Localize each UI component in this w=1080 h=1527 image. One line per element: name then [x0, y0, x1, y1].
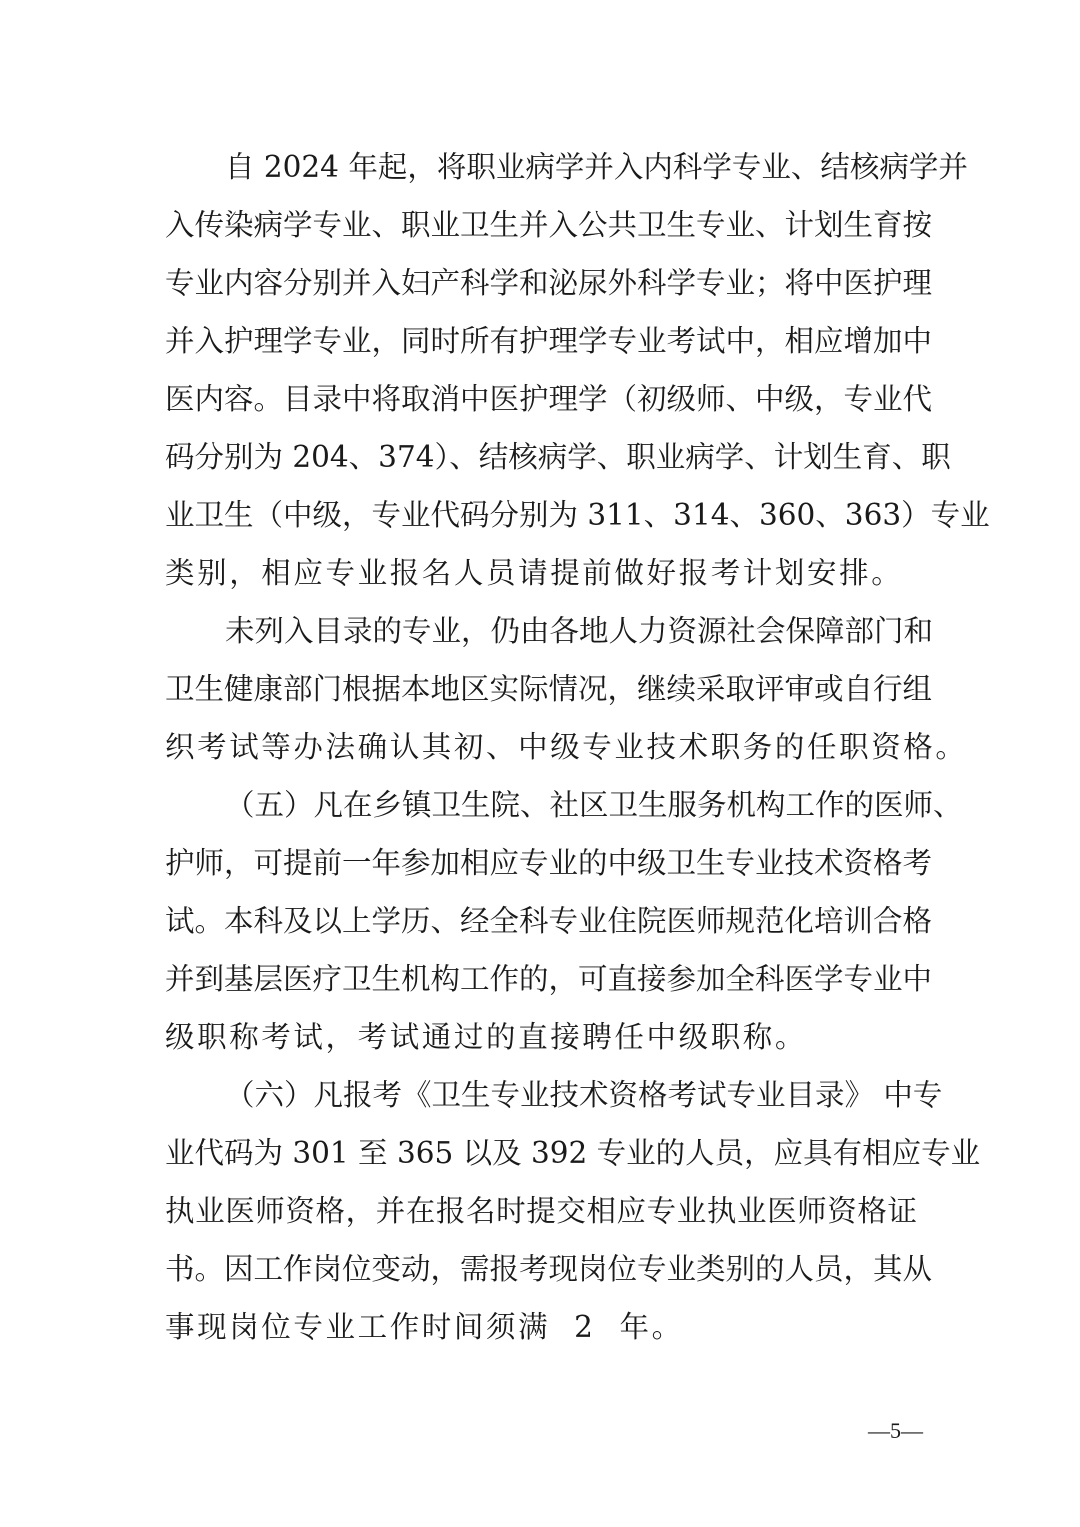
- text-line: 护师，可提前一年参加相应专业的中级卫生专业技术资格考: [165, 834, 917, 892]
- text-line: 并到基层医疗卫生机构工作的，可直接参加全科医学专业中: [165, 950, 917, 1008]
- text-line: 织考试等办法确认其初、中级专业技术职务的任职资格。: [165, 718, 917, 776]
- text-line: 试。本科及以上学历、经全科专业住院医师规范化培训合格: [165, 892, 917, 950]
- text-line: 级职称考试，考试通过的直接聘任中级职称。: [165, 1008, 917, 1066]
- paragraph-merge-specialties: 自 2024 年起，将职业病学并入内科学专业、结核病学并 入传染病学专业、职业卫…: [165, 138, 917, 602]
- paragraph-section-five: （五）凡在乡镇卫生院、社区卫生服务机构工作的医师、 护师，可提前一年参加相应专业…: [165, 776, 917, 1066]
- text-line: 业代码为 301 至 365 以及 392 专业的人员，应具有相应专业: [165, 1124, 917, 1182]
- text-line: 自 2024 年起，将职业病学并入内科学专业、结核病学并: [165, 138, 917, 196]
- text-line: 事现岗位专业工作时间须满 2 年。: [165, 1298, 917, 1356]
- text-line: （六）凡报考《卫生专业技术资格考试专业目录》 中专: [165, 1066, 917, 1124]
- text-line: 书。因工作岗位变动，需报考现岗位专业类别的人员，其从: [165, 1240, 917, 1298]
- text-line: 专业内容分别并入妇产科学和泌尿外科学专业；将中医护理: [165, 254, 917, 312]
- text-line: 类别，相应专业报名人员请提前做好报考计划安排。: [165, 544, 917, 602]
- document-page: 自 2024 年起，将职业病学并入内科学专业、结核病学并 入传染病学专业、职业卫…: [165, 138, 917, 1356]
- text-line: 卫生健康部门根据本地区实际情况，继续采取评审或自行组: [165, 660, 917, 718]
- text-line: （五）凡在乡镇卫生院、社区卫生服务机构工作的医师、: [165, 776, 917, 834]
- paragraph-unlisted-specialties: 未列入目录的专业，仍由各地人力资源社会保障部门和 卫生健康部门根据本地区实际情况…: [165, 602, 917, 776]
- text-line: 入传染病学专业、职业卫生并入公共卫生专业、计划生育按: [165, 196, 917, 254]
- text-line: 医内容。目录中将取消中医护理学（初级师、中级，专业代: [165, 370, 917, 428]
- text-line: 并入护理学专业，同时所有护理学专业考试中，相应增加中: [165, 312, 917, 370]
- text-line: 执业医师资格，并在报名时提交相应专业执业医师资格证: [165, 1182, 917, 1240]
- paragraph-section-six: （六）凡报考《卫生专业技术资格考试专业目录》 中专 业代码为 301 至 365…: [165, 1066, 917, 1356]
- text-line: 业卫生（中级，专业代码分别为 311、314、360、363）专业: [165, 486, 917, 544]
- page-number: —5—: [868, 1418, 923, 1444]
- text-line: 码分别为 204、374）、结核病学、职业病学、计划生育、职: [165, 428, 917, 486]
- text-line: 未列入目录的专业，仍由各地人力资源社会保障部门和: [165, 602, 917, 660]
